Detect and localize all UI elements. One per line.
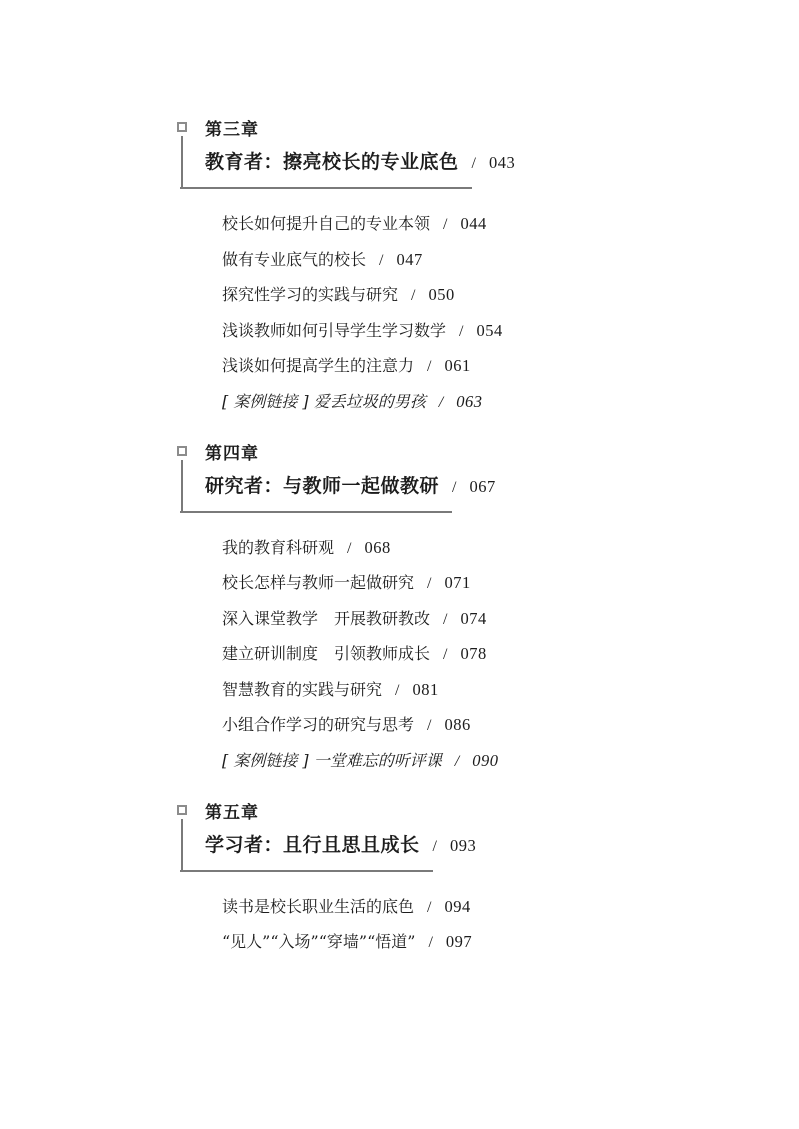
- toc-item-page-number: 054: [476, 321, 502, 340]
- toc-item-title: 建立研训制度 引领教师成长: [222, 644, 430, 663]
- toc-item: 智慧教育的实践与研究/081: [222, 681, 759, 700]
- chapter-bracket-line: [181, 819, 183, 872]
- toc-item-page-number: 044: [460, 214, 486, 233]
- toc-item: 浅谈如何提高学生的注意力/061: [222, 357, 759, 376]
- toc-item: 校长如何提升自己的专业本领/044: [222, 215, 759, 234]
- toc-item-title: 深入课堂教学 开展教研教改: [222, 609, 430, 628]
- toc-item-title: 浅谈如何提高学生的注意力: [222, 356, 414, 375]
- slash-separator: /: [443, 646, 447, 664]
- toc-item-title: 读书是校长职业生活的底色: [222, 897, 414, 916]
- slash-separator: /: [455, 753, 459, 771]
- chapter-title-underline: 教育者：擦亮校长的专业底色: [180, 150, 472, 189]
- toc-item-title: 探究性学习的实践与研究: [222, 285, 398, 304]
- chapter-title-line: 教育者：擦亮校长的专业底色/043: [205, 150, 759, 189]
- chapter-title-line: 学习者：且行且思且成长/093: [205, 833, 759, 872]
- chapter-page-number: 043: [489, 153, 515, 172]
- slash-separator: /: [472, 152, 476, 176]
- toc-item: 做有专业底气的校长/047: [222, 251, 759, 270]
- toc-item-page-number: 097: [446, 932, 472, 951]
- toc-item-page-number: 071: [444, 573, 470, 592]
- toc-item-title: 浅谈教师如何引导学生学习数学: [222, 321, 446, 340]
- slash-separator: /: [428, 934, 432, 952]
- toc-item-page-number: 086: [444, 715, 470, 734]
- chapter-item-list: 我的教育科研观/068 校长怎样与教师一起做研究/071 深入课堂教学 开展教研…: [205, 539, 759, 771]
- slash-separator: /: [439, 394, 443, 412]
- toc-item-page-number: 074: [460, 609, 486, 628]
- chapter-number-label: 第五章: [205, 804, 759, 823]
- chapter-header: 第三章 教育者：擦亮校长的专业底色/043: [205, 121, 759, 189]
- chapter-header: 第五章 学习者：且行且思且成长/093: [205, 804, 759, 872]
- toc-item-page-number: 094: [444, 897, 470, 916]
- slash-separator: /: [427, 575, 431, 593]
- toc-item-page-number: 061: [444, 356, 470, 375]
- toc-page: 第三章 教育者：擦亮校长的专业底色/043 校长如何提升自己的专业本领/044 …: [0, 0, 799, 952]
- toc-item-title: 我的教育科研观: [222, 538, 334, 557]
- toc-item-title: 智慧教育的实践与研究: [222, 680, 382, 699]
- chapter-bracket-line: [181, 460, 183, 513]
- chapter-title: 学习者：且行且思且成长: [205, 834, 420, 856]
- toc-item-title: 校长怎样与教师一起做研究: [222, 573, 414, 592]
- slash-separator: /: [433, 835, 437, 859]
- slash-separator: /: [443, 216, 447, 234]
- chapter-item-list: 读书是校长职业生活的底色/094 “见人”“入场”“穿墙”“悟道”/097: [205, 898, 759, 953]
- slash-separator: /: [452, 476, 456, 500]
- toc-item: 校长怎样与教师一起做研究/071: [222, 574, 759, 593]
- toc-item: 探究性学习的实践与研究/050: [222, 286, 759, 305]
- toc-item: 浅谈教师如何引导学生学习数学/054: [222, 322, 759, 341]
- slash-separator: /: [443, 611, 447, 629]
- toc-item-page-number: 047: [396, 250, 422, 269]
- toc-item: 深入课堂教学 开展教研教改/074: [222, 610, 759, 629]
- toc-item: 读书是校长职业生活的底色/094: [222, 898, 759, 917]
- slash-separator: /: [427, 899, 431, 917]
- slash-separator: /: [427, 717, 431, 735]
- toc-item-title: 做有专业底气的校长: [222, 250, 366, 269]
- slash-separator: /: [347, 540, 351, 558]
- chapter-title-line: 研究者：与教师一起做教研/067: [205, 474, 759, 513]
- toc-item-page-number: 078: [460, 644, 486, 663]
- toc-chapter-4: 第四章 研究者：与教师一起做教研/067 我的教育科研观/068 校长怎样与教师…: [205, 445, 759, 771]
- toc-item: 建立研训制度 引领教师成长/078: [222, 645, 759, 664]
- toc-item-page-number: 081: [412, 680, 438, 699]
- slash-separator: /: [459, 323, 463, 341]
- toc-item-page-number: 090: [472, 751, 498, 770]
- toc-item-title: [ 案例链接 ] 爱丢垃圾的男孩: [222, 392, 426, 411]
- toc-item-title: “见人”“入场”“穿墙”“悟道”: [222, 932, 415, 951]
- chapter-number-label: 第三章: [205, 121, 759, 140]
- toc-chapter-3: 第三章 教育者：擦亮校长的专业底色/043 校长如何提升自己的专业本领/044 …: [205, 121, 759, 412]
- chapter-title-underline: 学习者：且行且思且成长: [180, 833, 433, 872]
- slash-separator: /: [395, 682, 399, 700]
- toc-chapter-5: 第五章 学习者：且行且思且成长/093 读书是校长职业生活的底色/094 “见人…: [205, 804, 759, 953]
- chapter-title-underline: 研究者：与教师一起做教研: [180, 474, 452, 513]
- toc-item-page-number: 050: [428, 285, 454, 304]
- toc-item: “见人”“入场”“穿墙”“悟道”/097: [222, 933, 759, 952]
- chapter-bracket-line: [181, 136, 183, 189]
- toc-item: 小组合作学习的研究与思考/086: [222, 716, 759, 735]
- chapter-marker-square-icon: [177, 122, 187, 132]
- chapter-marker-square-icon: [177, 805, 187, 815]
- chapter-title: 研究者：与教师一起做教研: [205, 475, 439, 497]
- chapter-item-list: 校长如何提升自己的专业本领/044 做有专业底气的校长/047 探究性学习的实践…: [205, 215, 759, 412]
- toc-item: 我的教育科研观/068: [222, 539, 759, 558]
- chapter-page-number: 093: [450, 836, 476, 855]
- toc-item-title: 校长如何提升自己的专业本领: [222, 214, 430, 233]
- slash-separator: /: [379, 252, 383, 270]
- chapter-number-label: 第四章: [205, 445, 759, 464]
- toc-item-case-link: [ 案例链接 ] 爱丢垃圾的男孩/063: [222, 393, 759, 412]
- slash-separator: /: [411, 287, 415, 305]
- slash-separator: /: [427, 358, 431, 376]
- chapter-title: 教育者：擦亮校长的专业底色: [205, 151, 459, 173]
- toc-item-page-number: 063: [456, 392, 482, 411]
- chapter-page-number: 067: [469, 477, 495, 496]
- toc-item-case-link: [ 案例链接 ] 一堂难忘的听评课/090: [222, 752, 759, 771]
- toc-item-title: 小组合作学习的研究与思考: [222, 715, 414, 734]
- toc-item-page-number: 068: [364, 538, 390, 557]
- toc-item-title: [ 案例链接 ] 一堂难忘的听评课: [222, 751, 442, 770]
- chapter-marker-square-icon: [177, 446, 187, 456]
- chapter-header: 第四章 研究者：与教师一起做教研/067: [205, 445, 759, 513]
